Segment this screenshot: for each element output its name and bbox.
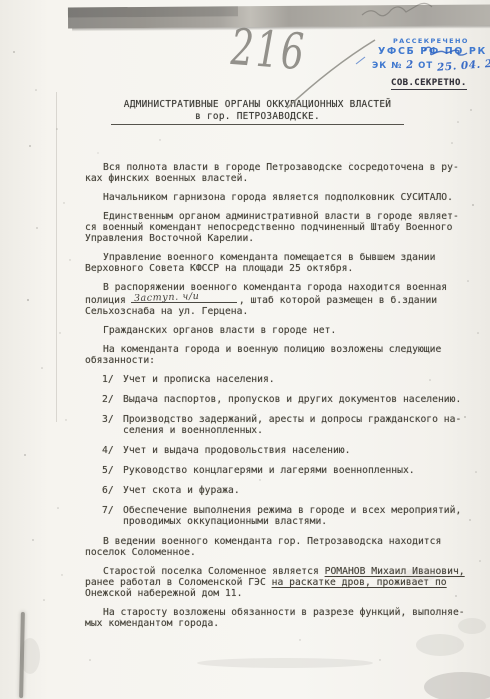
scan-edge-streak <box>19 612 25 698</box>
duty-number: 1/ <box>102 374 123 385</box>
paper-fold-line <box>56 92 57 422</box>
duty-number: 7/ <box>102 505 123 527</box>
duty-number: 4/ <box>102 445 123 456</box>
classification-label: СОВ.СЕКРЕТНО. <box>391 78 467 90</box>
text-line: поселок Соломенное. <box>85 547 473 558</box>
duty-item-7: 7/ Обеспечение выполнения режима в город… <box>102 505 473 527</box>
duty-number: 6/ <box>102 485 123 496</box>
paragraph-duties-intro: На коменданта города и военную полицию в… <box>85 344 473 366</box>
duty-item-4: 4/ Учет и выдача продовольствия населени… <box>102 445 473 456</box>
duty-number: 2/ <box>102 394 123 405</box>
text-line: Управление военного коменданта помещаетс… <box>85 252 473 263</box>
scan-smudge <box>416 634 464 656</box>
text-line: мых комендантом города. <box>85 618 473 629</box>
text-line: Сельхозснаба на ул. Герцена. <box>85 306 473 317</box>
handwritten-page-number: 216 <box>230 18 307 81</box>
scan-smudge <box>424 672 490 699</box>
document-body: Вся полнота власти в городе Петрозаводск… <box>85 162 473 637</box>
stamp-ref-prefix: ЭК № <box>372 61 402 71</box>
duty-item-3: 3/ Производство задержаний, аресты и доп… <box>102 414 473 436</box>
text-line: Учет скота и фуража. <box>123 485 473 496</box>
stamp-ref-ot: ОТ <box>418 61 433 71</box>
text-line: Онежской набережной дом 11. <box>85 588 473 599</box>
scan-smudge <box>197 658 373 668</box>
text-line: селения и военнопленных. <box>123 425 473 436</box>
text-line: ках финских военных властей. <box>85 173 473 184</box>
text-line: Начальником гарнизона города является по… <box>85 192 473 203</box>
text-line: Учет и прописка населения. <box>123 374 473 385</box>
paragraph-commandant-office: Управление военного коменданта помещаетс… <box>85 252 473 274</box>
text-line: Единственным органом административной вл… <box>85 211 473 222</box>
duty-text: Выдача паспортов, пропусков и других док… <box>123 394 473 405</box>
stamp-date-handwritten: 25. 04. 2002 <box>437 56 490 73</box>
text-line: Обеспечение выполнения режима в городе и… <box>123 505 473 516</box>
text-line: обязанности: <box>85 355 473 366</box>
duty-text: Обеспечение выполнения режима в городе и… <box>123 505 473 527</box>
text-segment: Старостой поселка Соломенное является <box>103 566 325 577</box>
text-segment: , штаб которой размещен в б.здании <box>239 295 437 306</box>
duty-item-5: 5/ Руководство концлагерями и лагерями в… <box>102 465 473 476</box>
paragraph-garrison-chief: Начальником гарнизона города является по… <box>85 192 473 203</box>
document-title: АДМИНИСТРАТИВНЫЕ ОРГАНЫ ОККУПАЦИОННЫХ ВЛ… <box>111 99 404 125</box>
text-line: Верховного Совета КФССР на площади 25 ок… <box>85 263 473 274</box>
duty-number: 3/ <box>102 414 123 436</box>
duty-item-1: 1/ Учет и прописка населения. <box>102 374 473 385</box>
paragraph-commandant: Единственным органом административной вл… <box>85 211 473 244</box>
paragraph-authority: Вся полнота власти в городе Петрозаводск… <box>85 162 473 184</box>
paragraph-starosta-romanov: Старостой поселка Соломенное является РО… <box>85 566 473 599</box>
handwritten-insert-text: Заступ. ч/и <box>134 291 200 304</box>
duty-text: Руководство концлагерями и лагерями воен… <box>123 465 473 476</box>
title-line-2-underlined: в гор. ПЕТРОЗАВОДСКЕ. <box>111 111 404 125</box>
scanned-document-page: 216 РАССЕКРЕЧЕНО УФСБ РФ ПО РК ЭК № 2 ОТ… <box>0 0 490 699</box>
title-line-2: в гор. ПЕТРОЗАВОДСКЕ. <box>195 111 320 122</box>
text-segment: ранее работал в Соломенской ГЭС <box>85 577 272 588</box>
underlined-name: РОМАНОВ Михаил Иванович, <box>325 566 465 577</box>
stamp-line-agency: УФСБ РФ ПО РК <box>378 46 490 57</box>
text-line: Руководство концлагерями и лагерями воен… <box>123 465 473 476</box>
duty-text: Учет скота и фуража. <box>123 485 473 496</box>
text-line: полицияЗаступ. ч/и, штаб которой размеще… <box>85 293 473 306</box>
duty-text: Учет и выдача продовольствия населению. <box>123 445 473 456</box>
duty-number: 5/ <box>102 465 123 476</box>
duty-text: Производство задержаний, аресты и допрос… <box>123 414 473 436</box>
text-line: Вся полнота власти в городе Петрозаводск… <box>85 162 473 173</box>
paragraph-solomennoe: В ведении военного коменданта гор. Петро… <box>85 536 473 558</box>
text-line: Учет и выдача продовольствия населению. <box>123 445 473 456</box>
text-line: Управления Восточной Карелии. <box>85 233 473 244</box>
paragraph-no-civil-organs: Гражданских органов власти в городе нет. <box>85 325 473 336</box>
text-line: На старосту возложены обязанности в разр… <box>85 607 473 618</box>
text-segment: полиция <box>85 295 126 306</box>
stamp-line-declassified: РАССЕКРЕЧЕНО <box>393 37 490 45</box>
text-line: Гражданских органов власти в городе нет. <box>85 325 473 336</box>
text-line: Выдача паспортов, пропусков и других док… <box>123 394 473 405</box>
paragraph-military-police: В распоряжении военного коменданта город… <box>85 282 473 317</box>
underlined-segment: на раскатке дров, проживает по <box>272 577 447 588</box>
declassified-stamp: РАССЕКРЕЧЕНО УФСБ РФ ПО РК ЭК № 2 ОТ 25.… <box>372 37 490 71</box>
duty-item-2: 2/ Выдача паспортов, пропусков и других … <box>102 394 473 405</box>
duty-item-6: 6/ Учет скота и фуража. <box>102 485 473 496</box>
text-line: проводимых оккупационными властями. <box>123 516 473 527</box>
text-line: ранее работал в Соломенской ГЭС на раска… <box>85 577 473 588</box>
paragraph-starosta-duties: На старосту возложены обязанности в разр… <box>85 607 473 629</box>
title-line-1: АДМИНИСТРАТИВНЫЕ ОРГАНЫ ОККУПАЦИОННЫХ ВЛ… <box>111 99 404 110</box>
stamp-pen-tick <box>356 57 365 64</box>
text-line: ся военный комендант непосредственно под… <box>85 222 473 233</box>
stamp-line-ref: ЭК № 2 ОТ 25. 04. 2002 <box>372 59 490 71</box>
text-line: В ведении военного коменданта гор. Петро… <box>85 536 473 547</box>
text-line: Старостой поселка Соломенное является РО… <box>85 566 473 577</box>
text-line: В распоряжении военного коменданта город… <box>85 282 473 293</box>
text-line: На коменданта города и военную полицию в… <box>85 344 473 355</box>
duty-text: Учет и прописка населения. <box>123 374 473 385</box>
handwritten-insert-blank: Заступ. ч/и <box>131 293 237 303</box>
text-line: Производство задержаний, аресты и допрос… <box>123 414 473 425</box>
stamp-ref-number-handwritten: 2 <box>406 59 415 72</box>
